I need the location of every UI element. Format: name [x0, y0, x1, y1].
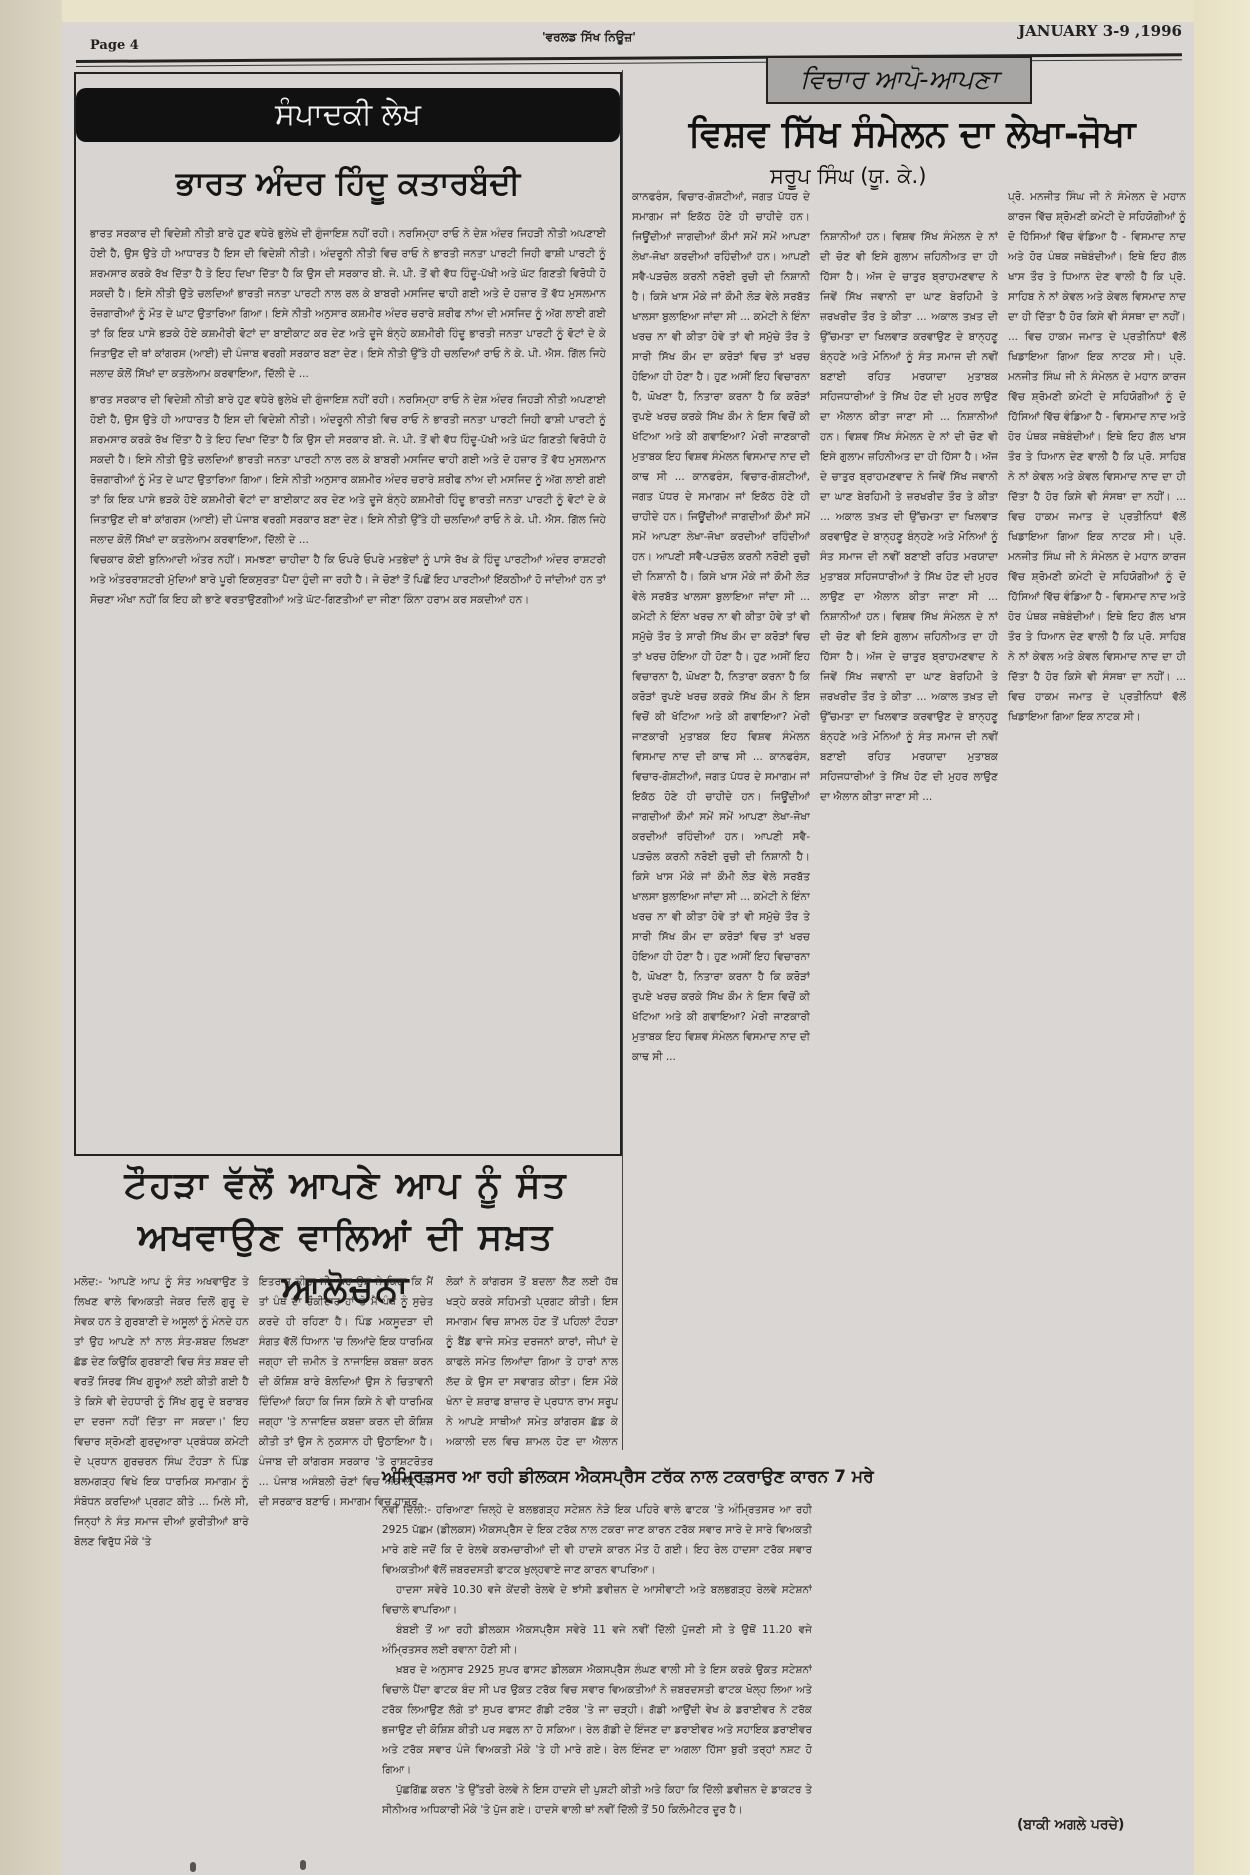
article-column: ਨਿਸ਼ਾਨੀਆਂ ਹਨ। ਵਿਸ਼ਵ ਸਿੱਖ ਸੰਮੇਲਨ ਦੇ ਨਾਂ ਦ… [820, 227, 998, 1837]
page-number: Page 4 [90, 38, 139, 53]
scan-thumb-mark [300, 1860, 306, 1870]
article-column: ਲੋਕਾਂ ਨੇ ਕਾਂਗਰਸ ਤੋਂ ਬਦਲਾ ਲੈਣ ਲਈ ਹੱਥ ਖੜ੍ਹ… [446, 1272, 618, 1452]
opinion-article-body: ਕਾਨਫਰੰਸ, ਵਿਚਾਰ-ਗੋਸ਼ਟੀਆਂ, ਜਗਤ ਪੱਧਰ ਦੇ ਸਮਾ… [632, 187, 1188, 1847]
opinion-section-label: ਵਿਚਾਰ ਆਪੋ-ਆਪਣਾ [766, 56, 1032, 104]
column-text: ਨਿਸ਼ਾਨੀਆਂ ਹਨ। ਵਿਸ਼ਵ ਸਿੱਖ ਸੰਮੇਲਨ ਦੇ ਨਾਂ ਦ… [820, 411, 998, 603]
scan-margin-left [0, 0, 62, 1875]
opinion-byline: ਸਰੂਪ ਸਿੰਘ (ਯੂ. ਕੇ.) [766, 164, 930, 189]
column-divider [622, 70, 623, 1450]
article-column: ਕਾਨਫਰੰਸ, ਵਿਚਾਰ-ਗੋਸ਼ਟੀਆਂ, ਜਗਤ ਪੱਧਰ ਦੇ ਸਮਾ… [632, 187, 810, 1837]
scan-margin-top [0, 0, 1250, 22]
column-text: ਪ੍ਰੋ. ਮਨਜੀਤ ਸਿੰਘ ਜੀ ਨੇ ਸੰਮੇਲਨ ਦੇ ਮਹਾਨ ਕਾ… [1008, 351, 1186, 543]
editorial-section-banner: ਸੰਪਾਦਕੀ ਲੇਖ [76, 88, 620, 142]
article-column: ਪ੍ਰੋ. ਮਨਜੀਤ ਸਿੰਘ ਜੀ ਨੇ ਸੰਮੇਲਨ ਦੇ ਮਹਾਨ ਕਾ… [1008, 187, 1186, 1807]
editorial-paragraph: ਭਾਰਤ ਸਰਕਾਰ ਦੀ ਵਿਦੇਸ਼ੀ ਨੀਤੀ ਬਾਰੇ ਹੁਣ ਵਧੇਰ… [90, 224, 606, 384]
issue-date: JANUARY 3-9 ,1996 [1018, 22, 1182, 40]
column-text: ਪ੍ਰੋ. ਮਨਜੀਤ ਸਿੰਘ ਜੀ ਨੇ ਸੰਮੇਲਨ ਦੇ ਮਹਾਨ ਕਾ… [1008, 191, 1186, 363]
editorial-closing: ਵਿਚਕਾਰ ਕੋਈ ਬੁਨਿਆਦੀ ਅੰਤਰ ਨਹੀਂ। ਸਮਝਣਾ ਚਾਹੀ… [90, 550, 606, 610]
article-column: ਮਲੋਦ:- 'ਆਪਣੇ ਆਪ ਨੂੰ ਸੰਤ ਅਖਵਾਉਣ ਤੇ ਲਿਖਣ ਵ… [74, 1272, 249, 1832]
editorial-headline: ਭਾਰਤ ਅੰਦਰ ਹਿੰਦੂ ਕਤਾਰਬੰਦੀ [76, 164, 620, 203]
column-text: ਨਿਸ਼ਾਨੀਆਂ ਹਨ। ਵਿਸ਼ਵ ਸਿੱਖ ਸੰਮੇਲਨ ਦੇ ਨਾਂ ਦ… [820, 231, 998, 423]
column-text: ਨਿਸ਼ਾਨੀਆਂ ਹਨ। ਵਿਸ਼ਵ ਸਿੱਖ ਸੰਮੇਲਨ ਦੇ ਨਾਂ ਦ… [820, 611, 998, 803]
column-text: ਕਾਨਫਰੰਸ, ਵਿਚਾਰ-ਗੋਸ਼ਟੀਆਂ, ਜਗਤ ਪੱਧਰ ਦੇ ਸਮਾ… [632, 471, 810, 763]
editorial-box: ਸੰਪਾਦਕੀ ਲੇਖ ਭਾਰਤ ਅੰਦਰ ਹਿੰਦੂ ਕਤਾਰਬੰਦੀ ਭਾਰ… [74, 72, 622, 1156]
continued-label: (ਬਾਕੀ ਅਗਲੇ ਪਰਚੇ) [1017, 1817, 1124, 1833]
column-text: ਕਾਨਫਰੰਸ, ਵਿਚਾਰ-ਗੋਸ਼ਟੀਆਂ, ਜਗਤ ਪੱਧਰ ਦੇ ਸਮਾ… [632, 191, 810, 483]
opinion-headline: ਵਿਸ਼ਵ ਸਿੱਖ ਸੰਮੇਲਨ ਦਾ ਲੇਖਾ-ਜੋਖਾ [642, 114, 1182, 156]
scan-thumb-mark [190, 1862, 196, 1872]
column-text: ਪ੍ਰੋ. ਮਨਜੀਤ ਸਿੰਘ ਜੀ ਨੇ ਸੰਮੇਲਨ ਦੇ ਮਹਾਨ ਕਾ… [1008, 531, 1186, 723]
editorial-body: ਭਾਰਤ ਸਰਕਾਰ ਦੀ ਵਿਦੇਸ਼ੀ ਨੀਤੀ ਬਾਰੇ ਹੁਣ ਵਧੇਰ… [90, 224, 606, 1144]
scan-margin-right [1194, 0, 1250, 1875]
newspaper-page: Page 4 'ਵਰਲਡ ਸਿੱਖ ਨਿਊਜ਼' JANUARY 3-9 ,19… [62, 22, 1194, 1875]
paper-name: 'ਵਰਲਡ ਸਿੱਖ ਨਿਊਜ਼' [542, 30, 636, 45]
editorial-paragraph: ਭਾਰਤ ਸਰਕਾਰ ਦੀ ਵਿਦੇਸ਼ੀ ਨੀਤੀ ਬਾਰੇ ਹੁਣ ਵਧੇਰ… [90, 390, 606, 550]
column-text: ਕਾਨਫਰੰਸ, ਵਿਚਾਰ-ਗੋਸ਼ਟੀਆਂ, ਜਗਤ ਪੱਧਰ ਦੇ ਸਮਾ… [632, 751, 810, 1063]
